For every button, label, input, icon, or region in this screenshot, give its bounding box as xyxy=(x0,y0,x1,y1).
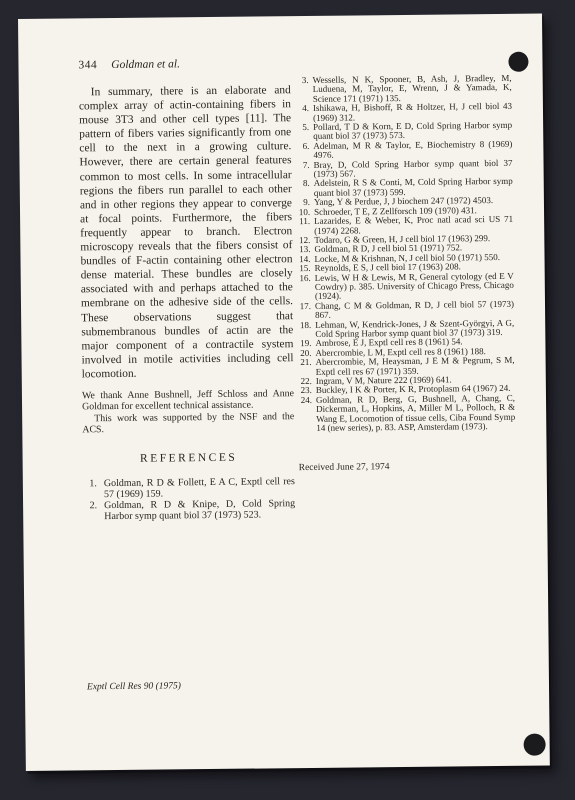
acknowledgment-thanks: We thank Anne Bushnell, Jeff Schloss and… xyxy=(82,388,294,413)
reference-item: 16. Lewis, W H & Lewis, M R, General cyt… xyxy=(297,271,514,301)
reference-text: Goldman, R D & Follett, E A C, Exptl cel… xyxy=(104,476,295,500)
references-list-left: 1. Goldman, R D & Follett, E A C, Exptl … xyxy=(83,476,295,523)
reference-item: 21. Abercrombie, M, Heaysman, J E M & Pe… xyxy=(298,356,515,377)
reference-text: Lehman, W, Kendrick-Jones, J & Szent-Gyö… xyxy=(315,318,514,339)
reference-number: 3. xyxy=(295,76,309,104)
punch-hole-top xyxy=(508,52,528,72)
reference-number: 11. xyxy=(296,217,310,236)
reference-number: 5. xyxy=(295,123,309,142)
running-head: 344Goldman et al. xyxy=(78,56,290,72)
reference-number: 1. xyxy=(83,478,97,501)
reference-number: 7. xyxy=(295,161,309,180)
reference-number: 2. xyxy=(83,500,97,523)
reference-number: 6. xyxy=(295,142,309,161)
acknowledgments: We thank Anne Bushnell, Jeff Schloss and… xyxy=(82,388,294,436)
page-number: 344 xyxy=(78,59,97,71)
right-column: 3. Wessells, N K, Spooner, B, Ash, J, Br… xyxy=(295,74,516,475)
reference-text: Goldman, R D & Knipe, D, Cold Spring Har… xyxy=(104,498,295,522)
running-title: Goldman et al. xyxy=(111,58,180,71)
scanned-paper-page: 344Goldman et al. In summary, there is a… xyxy=(18,14,550,771)
references-heading: REFERENCES xyxy=(83,451,295,466)
reference-number: 18. xyxy=(297,321,311,340)
reference-number: 8. xyxy=(296,179,310,198)
reference-number: 21. xyxy=(298,358,312,377)
reference-number: 4. xyxy=(295,104,309,123)
reference-text: Wessells, N K, Spooner, B, Ash, J, Bradl… xyxy=(313,74,512,104)
received-note: Received June 27, 1974 xyxy=(299,461,516,474)
reference-item: 2. Goldman, R D & Knipe, D, Cold Spring … xyxy=(83,498,295,523)
left-column: 344Goldman et al. In summary, there is a… xyxy=(78,56,295,523)
summary-paragraph: In summary, there is an elaborate and co… xyxy=(79,83,294,381)
journal-footer: Exptl Cell Res 90 (1975) xyxy=(87,681,181,693)
punch-hole-bottom xyxy=(524,734,546,756)
reference-item: 1. Goldman, R D & Follett, E A C, Exptl … xyxy=(83,476,295,501)
reference-item: 18. Lehman, W, Kendrick-Jones, J & Szent… xyxy=(297,318,514,339)
reference-number: 24. xyxy=(298,396,312,434)
reference-number: 16. xyxy=(297,273,311,301)
reference-item: 3. Wessells, N K, Spooner, B, Ash, J, Br… xyxy=(295,74,512,104)
reference-item: 24. Goldman, R D, Berg, G, Bushnell, A, … xyxy=(298,394,515,434)
reference-text: Goldman, R D, Berg, G, Bushnell, A, Chan… xyxy=(316,394,515,434)
reference-text: Abercrombie, M, Heaysman, J E M & Pegrum… xyxy=(316,356,515,377)
acknowledgment-support: This work was supported by the NSF and t… xyxy=(82,411,294,436)
reference-text: Lewis, W H & Lewis, M R, General cytolog… xyxy=(315,271,514,301)
references-list-right: 3. Wessells, N K, Spooner, B, Ash, J, Br… xyxy=(295,74,516,434)
reference-number: 17. xyxy=(297,302,311,321)
